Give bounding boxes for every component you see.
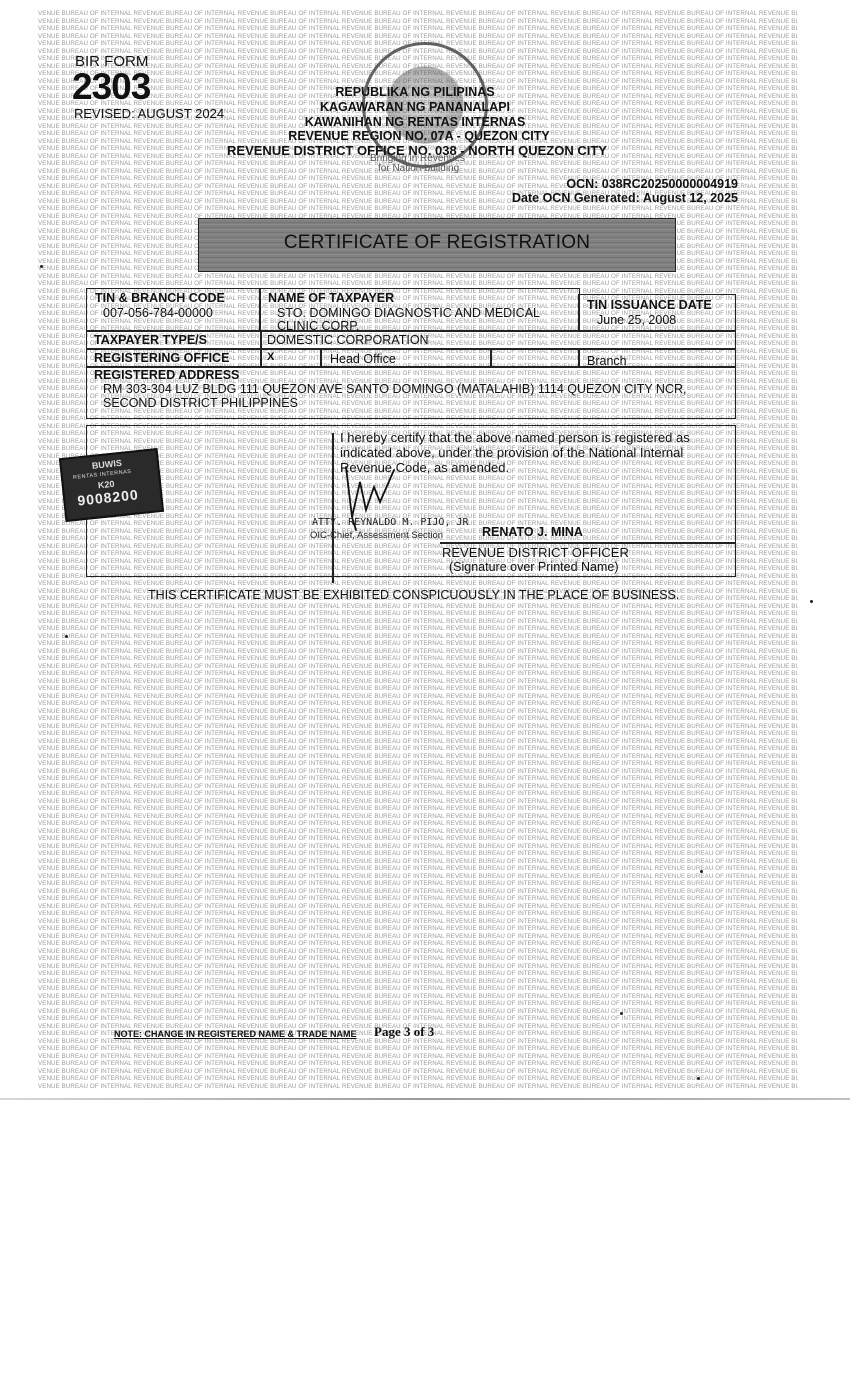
signatory-name: ATTY. REYNALDO M. PIJO, JR xyxy=(312,517,469,528)
table-divider xyxy=(490,349,492,367)
scan-speck xyxy=(620,1012,623,1015)
documentary-stamp-icon: BUWIS RENTAS INTERNAS K20 9008200 xyxy=(59,448,164,522)
taxpayer-type-value: DOMESTIC CORPORATION xyxy=(267,333,429,347)
stamp-word: BUWIS xyxy=(91,458,122,471)
scan-speck xyxy=(697,1077,700,1080)
footer-note: NOTE: CHANGE IN REGISTERED NAME & TRADE … xyxy=(114,1029,357,1039)
registered-address-line2: SECOND DISTRICT PHILIPPINES xyxy=(103,396,298,410)
header-region: REVENUE REGION NO. 07A - QUEZON CITY xyxy=(0,129,844,143)
taxpayer-name-line1: STO. DOMINGO DIAGNOSTIC AND MEDICAL xyxy=(277,306,540,320)
scan-edge xyxy=(0,1098,850,1100)
officer-title: REVENUE DISTRICT OFFICER xyxy=(442,545,629,560)
tin-issuance-label: TIN ISSUANCE DATE xyxy=(587,298,712,312)
scan-speck xyxy=(40,265,43,268)
head-office-checkmark: X xyxy=(267,351,274,363)
header-bureau: KAWANIHAN NG RENTAS INTERNAS xyxy=(0,115,840,129)
header-department: KAGAWARAN NG PANANALAPI xyxy=(0,100,840,114)
display-notice: THIS CERTIFICATE MUST BE EXHIBITED CONSP… xyxy=(148,588,679,602)
certification-divider xyxy=(332,433,334,583)
header-republic: REPUBLIKA NG PILIPINAS xyxy=(0,85,840,99)
ocn-date-generated: Date OCN Generated: August 12, 2025 xyxy=(512,191,738,205)
registered-address-label: REGISTERED ADDRESS xyxy=(94,368,239,382)
head-office-option: Head Office xyxy=(330,352,396,366)
registering-office-label: REGISTERING OFFICE xyxy=(94,351,229,365)
seal-tagline-2: for Nation-building xyxy=(378,163,459,174)
tin-label: TIN & BRANCH CODE xyxy=(95,291,225,305)
tin-cell: TIN & BRANCH CODE 007-056-784-00000 xyxy=(86,288,260,331)
branch-option: Branch xyxy=(587,354,627,368)
taxpayer-type-label: TAXPAYER TYPE/S xyxy=(94,333,207,347)
scan-speck xyxy=(700,870,703,873)
registered-address-line1: RM 303-304 LUZ BLDG 111 QUEZON AVE SANTO… xyxy=(103,382,686,396)
stamp-serial: 9008200 xyxy=(77,486,140,508)
signature-line xyxy=(440,542,736,544)
taxpayer-type-row: TAXPAYER TYPE/S DOMESTIC CORPORATION xyxy=(86,331,736,349)
taxpayer-name-label: NAME OF TAXPAYER xyxy=(268,291,394,305)
document-title: CERTIFICATE OF REGISTRATION xyxy=(199,232,675,254)
ocn-number: OCN: 038RC20250000004919 xyxy=(566,177,738,191)
table-divider xyxy=(320,349,322,367)
table-divider xyxy=(578,349,580,367)
scan-speck xyxy=(65,635,68,638)
table-divider xyxy=(260,331,262,367)
title-banner: CERTIFICATE OF REGISTRATION xyxy=(198,218,676,272)
page-number: Page 3 of 3 xyxy=(374,1024,434,1040)
tin-issuance-cell: TIN ISSUANCE DATE June 25, 2008 xyxy=(578,294,736,331)
officer-signature-note: (Signature over Printed Name) xyxy=(449,560,619,574)
scan-speck xyxy=(810,600,813,603)
taxpayer-name-cell: NAME OF TAXPAYER STO. DOMINGO DIAGNOSTIC… xyxy=(260,288,580,331)
officer-name: RENATO J. MINA xyxy=(482,525,583,539)
tin-issuance-value: June 25, 2008 xyxy=(597,313,676,327)
registered-address-cell: REGISTERED ADDRESS RM 303-304 LUZ BLDG 1… xyxy=(86,367,736,419)
registering-office-row: REGISTERING OFFICE X Head Office Branch xyxy=(86,349,736,367)
signatory-title: OIC-Chief, Assessment Section xyxy=(310,530,443,541)
tin-value: 007-056-784-00000 xyxy=(103,306,213,320)
